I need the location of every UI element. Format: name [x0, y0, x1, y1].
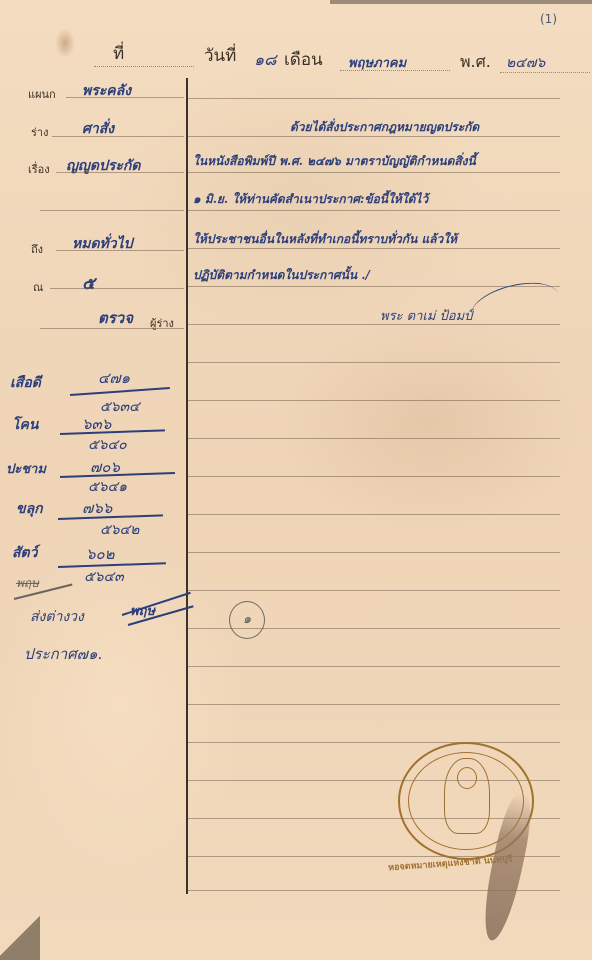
document-page: (1) ที่ วันที่ ๑๘ เดือน พฤษภาคม พ.ศ. ๒๔๗…	[0, 0, 592, 960]
ruled-line	[188, 590, 560, 591]
no-label: ที่	[113, 40, 124, 67]
date-label: วันที่	[204, 42, 236, 69]
signature: พระ ตาเม่ ป้อมป์	[380, 305, 472, 326]
year-label: พ.ศ.	[460, 50, 491, 75]
field-value-at: ๕	[82, 270, 95, 297]
ruled-line	[188, 210, 560, 211]
tally-total-2: ๕๖๔๐	[88, 434, 127, 456]
tally-name-3: ปะชาม	[6, 458, 46, 479]
struck-pencil-note: พฤษ	[16, 574, 39, 593]
field-value-to: หมดทั่วไป	[72, 233, 133, 255]
tally-name-5: สัตว์	[12, 542, 38, 564]
field-line	[52, 136, 184, 137]
ruled-line	[188, 98, 560, 99]
month-line	[340, 70, 450, 71]
tally-name-1: เสือดี	[10, 372, 41, 394]
field-label-drafter: ผู้ร่าง	[150, 314, 174, 332]
ruled-line	[188, 704, 560, 705]
field-label-to: ถึง	[31, 240, 43, 258]
field-value-drafter: ตรวจ	[98, 306, 133, 330]
ruled-line	[188, 742, 560, 743]
field-line	[56, 172, 184, 173]
tally-total-4: ๕๖๔๒	[100, 519, 139, 541]
ruled-line	[188, 514, 560, 515]
tally-name-4: ขลุก	[16, 498, 43, 520]
month-label: เดือน	[284, 46, 323, 73]
proclaim-note: ประกาศ๗๑.	[24, 642, 102, 666]
year-value: ๒๔๗๖	[506, 52, 545, 74]
field-label-subject: เรื่อง	[28, 160, 50, 178]
signature-flourish	[466, 275, 563, 337]
tally-value-1: ๔๗๑	[98, 366, 130, 390]
field-line	[66, 97, 184, 98]
sent-note: ส่งต่างวง	[30, 606, 84, 628]
ruled-line	[188, 172, 560, 173]
body-line-5: ปฏิบัติตามกำหนดในประกาศนั้น ./	[193, 266, 370, 285]
field-line	[40, 210, 184, 211]
ruled-line	[188, 362, 560, 363]
date-value: ๑๘	[254, 48, 277, 73]
ruled-line	[188, 438, 560, 439]
stain	[55, 28, 75, 58]
field-label-department: แผนก	[28, 85, 56, 103]
torn-corner	[0, 912, 40, 960]
tally-total-5: ๕๖๔๓	[84, 566, 124, 588]
ruled-line	[188, 476, 560, 477]
circled-mark: ๑	[229, 601, 265, 639]
field-value-department: พระคลัง	[82, 80, 131, 102]
body-line-2: ในหนังสือพิมพ์ปี พ.ศ. ๒๔๗๖ มาตราบัญญัติก…	[193, 152, 476, 171]
page-top-edge	[330, 0, 592, 4]
column-divider	[186, 78, 188, 894]
tally-name-2: โคน	[12, 414, 38, 436]
body-line-4: ให้ประชาชนอื่นในหลังที่ทำเกอนี้ทราบทั่วก…	[193, 230, 457, 249]
field-line	[50, 288, 184, 289]
body-line-3: ๑ มิ.ย. ให้ท่านคัดสำเนาประกาศ:ข้อนี้ให้ใ…	[193, 190, 428, 209]
year-line	[500, 72, 590, 73]
no-line	[94, 66, 194, 67]
tally-value-5: ๖๐๒	[86, 542, 115, 566]
field-label-at: ณ	[33, 278, 43, 296]
ruled-line	[188, 552, 560, 553]
page-number: (1)	[540, 12, 557, 26]
field-value-subject: ญญูดประกัด	[66, 155, 140, 177]
ruled-line	[188, 400, 560, 401]
field-line	[56, 250, 184, 251]
body-line-1: ด้วยได้สั่งประกาศกฎหมายญดประกัด	[290, 118, 479, 137]
ruled-line	[188, 666, 560, 667]
field-line	[40, 328, 184, 329]
ganesha-emblem-icon	[444, 758, 490, 834]
field-label-draft: ร่าง	[31, 123, 48, 141]
tally-total-3: ๕๖๔๑	[88, 476, 127, 498]
